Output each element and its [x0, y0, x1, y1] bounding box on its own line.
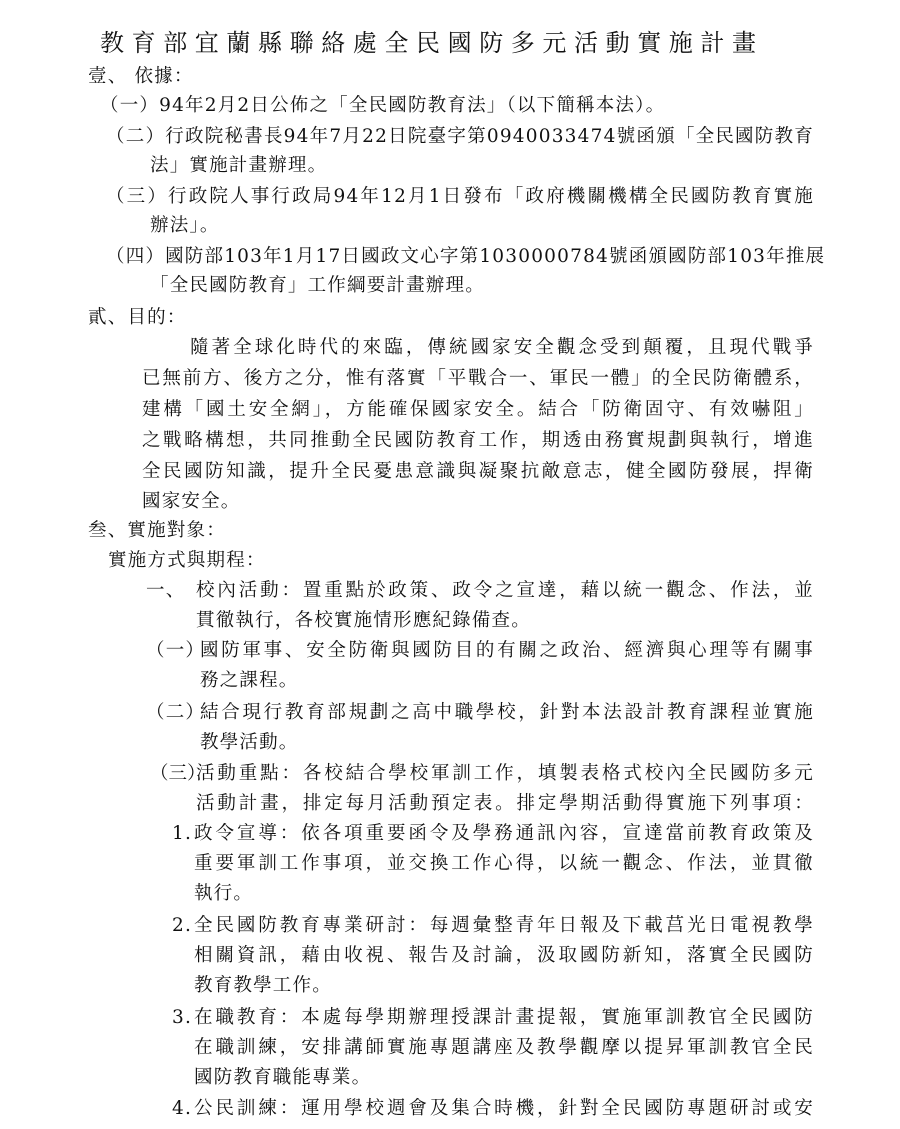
numbered-2-line-1: 全民國防教育專業研討：每週彙整青年日報及下載莒光日電視教學: [194, 915, 814, 937]
numbered-2-line-2: 相關資訊，藉由收視、報告及討論，汲取國防新知，落實全民國防: [194, 945, 814, 967]
level1-line-2: 貫徹執行，各校實施情形應紀錄備查。: [196, 610, 531, 632]
basis-item-2-line-2: 法」實施計畫辦理。: [150, 155, 327, 177]
numbered-3-line-3: 國防教育職能專業。: [194, 1067, 371, 1089]
numbered-4-marker: 4.: [172, 1098, 192, 1120]
numbered-4-line-1: 公民訓練：運用學校週會及集合時機，針對全民國防專題研討或安: [194, 1098, 814, 1120]
numbered-1-line-1: 政令宣導：依各項重要函令及學務通訊內容，宣達當前教育政策及: [194, 823, 814, 845]
purpose-line-4: 之戰略構想，共同推動全民國防教育工作，期透由務實規劃與執行，增進: [142, 430, 814, 452]
numbered-3-line-2: 在職訓練，安排講師實施專題講座及教學觀摩以提昇軍訓教官全民: [194, 1037, 814, 1059]
item-2-marker: （二）: [146, 702, 205, 724]
purpose-line-6: 國家安全。: [142, 491, 241, 513]
basis-item-3-line-2: 辦法」。: [150, 215, 220, 237]
item-2-line-2: 教學活動。: [200, 732, 299, 754]
document-title: 教育部宜蘭縣聯絡處全民國防多元活動實施計畫: [100, 28, 764, 58]
purpose-line-1: 隨著全球化時代的來臨，傳統國家安全觀念受到顛覆，且現代戰爭: [190, 337, 814, 359]
level1-marker: 一、: [146, 580, 185, 602]
item-1-line-2: 務之課程。: [200, 670, 299, 692]
basis-item-2-line-1: （二）行政院秘書長94年7月22日院臺字第0940033474號函頒「全民國防教…: [106, 126, 814, 148]
section-heading-basis: 壹、 依據：: [88, 66, 194, 88]
subheading-methods-schedule: 實施方式與期程：: [108, 550, 266, 572]
numbered-2-marker: 2.: [172, 915, 192, 937]
section-heading-purpose: 貳、目的：: [88, 307, 187, 329]
item-1-marker: （一）: [146, 640, 205, 662]
item-2-line-1: 結合現行教育部規劃之高中職學校，針對本法設計教育課程並實施: [200, 702, 814, 724]
numbered-1-line-3: 執行。: [194, 883, 253, 905]
purpose-line-5: 全民國防知識，提升全民憂患意識與凝聚抗敵意志，健全國防發展，捍衛: [142, 461, 814, 483]
purpose-line-2: 已無前方、後方之分，惟有落實「平戰合一、軍民一體」的全民防衛體系，: [142, 368, 814, 390]
purpose-line-3: 建構「國土安全網」，方能確保國家安全。結合「防衛固守、有效嚇阻」: [142, 399, 814, 421]
basis-item-3-line-1: （三）行政院人事行政局94年12月1日發布「政府機關機構全民國防教育實施: [106, 186, 814, 208]
document-page: 教育部宜蘭縣聯絡處全民國防多元活動實施計畫 壹、 依據： （一）94年2月2日公…: [0, 0, 900, 1129]
item-3-line-2: 活動計畫，排定每月活動預定表。排定學期活動得實施下列事項：: [196, 793, 814, 815]
numbered-3-line-1: 在職教育：本處每學期辦理授課計畫提報，實施軍訓教官全民國防: [194, 1007, 814, 1029]
basis-item-4-line-1: （四）國防部103年1月17日國政文心字第1030000784號函頒國防部103…: [106, 246, 814, 268]
item-3-line-1: 活動重點：各校結合學校軍訓工作，填製表格式校內全民國防多元: [196, 763, 814, 785]
basis-item-4-line-2: 「全民國防教育」工作綱要計畫辦理。: [150, 275, 485, 297]
numbered-2-line-3: 教育教學工作。: [194, 975, 332, 997]
basis-item-1: （一）94年2月2日公佈之「全民國防教育法」（以下簡稱本法）。: [100, 95, 665, 117]
numbered-1-marker: 1.: [172, 823, 192, 845]
numbered-1-line-2: 重要軍訓工作事項，並交換工作心得，以統一觀念、作法，並貫徹: [194, 853, 814, 875]
section-heading-targets: 叁、實施對象：: [88, 520, 226, 542]
level1-line-1: 校內活動：置重點於政策、政令之宣達，藉以統一觀念、作法，並: [196, 580, 814, 602]
item-1-line-1: 國防軍事、安全防衛與國防目的有關之政治、經濟與心理等有關事: [200, 640, 814, 662]
numbered-3-marker: 3.: [172, 1007, 192, 1029]
